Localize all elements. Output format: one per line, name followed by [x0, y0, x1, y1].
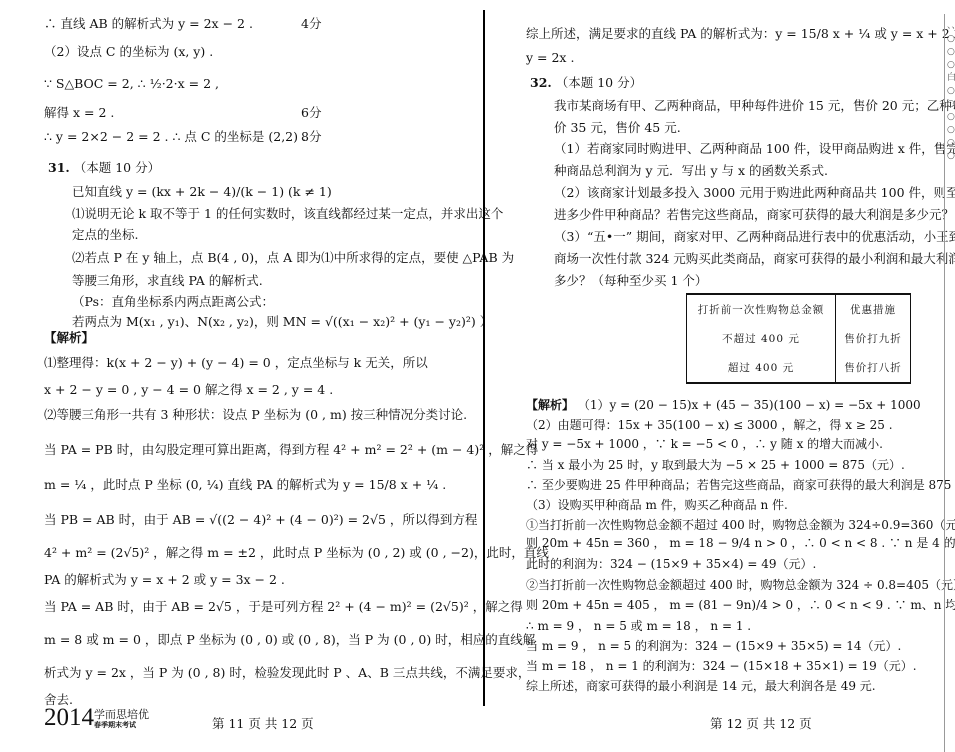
solution-line: PA 的解析式为 y = x + 2 或 y = 3x − 2 . — [44, 570, 285, 588]
table-header-row: 打折前一次性购物总金额 优惠措施 — [687, 294, 911, 324]
text-line: ∴ y = 2×2 − 2 = 2 . ∴ 点 C 的坐标是 (2,2) . — [44, 127, 306, 145]
question-line: 进多少件甲种商品？若售完这些商品，商家可获得的最大利润是多少元？ — [554, 205, 954, 223]
binding-margin-marks: 、、、、○、、、○、、、、○白○、○、、、○、、、○、、、○、、、○、、 — [947, 20, 955, 163]
distance-formula: 若两点为 M(x₁ , y₁)、N(x₂ , y₂)，则 MN = √((x₁ … — [72, 312, 492, 330]
text-line: ∴ 直线 AB 的解析式为 y = 2x − 2 . — [44, 14, 253, 32]
logo-brand: 学而思培优 — [94, 709, 149, 721]
question-part-2: ⑵若点 P 在 y 轴上，点 B(4 , 0)，点 A 即为⑴中所求得的定点，要… — [72, 248, 514, 266]
question-line: 种商品总利润为 y 元．写出 y 与 x 的函数关系式. — [554, 161, 828, 179]
question-line: 价 35 元，售价 45 元. — [554, 118, 681, 136]
question-31-header: 31. （本题 10 分） — [48, 158, 160, 176]
solution-line: m = 8 或 m = 0 ，即点 P 坐标为 (0 , 0) 或 (0 , 8… — [44, 630, 535, 648]
question-line: （3）“五•一” 期间，商家对甲、乙两种商品进行表中的优惠活动，小王到该 — [554, 227, 955, 245]
page-divider — [483, 10, 485, 706]
question-points: （本题 10 分） — [556, 75, 642, 90]
table-header: 优惠措施 — [836, 294, 911, 324]
table-row: 超过 400 元 售价打八折 — [687, 353, 911, 383]
question-line: 商场一次性付款 324 元购买此类商品，商家可获得的最小利润和最大利润各是 — [554, 249, 955, 267]
hint-heading: （Ps：直角坐标系内两点距离公式： — [72, 292, 274, 310]
text-line: ∵ S△BOC = 2, ∴ ½·2·x = 2 , — [44, 76, 219, 91]
solution-line: 当 PB = AB 时，由于 AB = √((2 − 4)² + (4 − 0)… — [44, 510, 477, 528]
question-32-header: 32. （本题 10 分） — [530, 73, 642, 91]
question-line: 我市某商场有甲、乙两种商品，甲种每件进价 15 元，售价 20 元；乙种每件进 — [554, 96, 955, 114]
question-line: （2）该商家计划最多投入 3000 元用于购进此两种商品共 100 件，则至少要… — [554, 183, 955, 201]
score-label: 8分 — [301, 127, 321, 145]
table-cell: 售价打八折 — [836, 353, 911, 383]
question-line: 多少？（每种至少买 1 个） — [554, 271, 707, 289]
question-part-1-cont: 定点的坐标. — [72, 225, 138, 243]
question-line: （1）若商家同时购进甲、乙两种商品 100 件，设甲商品购进 x 件，售完此两 — [554, 139, 955, 157]
table-header: 打折前一次性购物总金额 — [687, 294, 836, 324]
table-row: 不超过 400 元 售价打九折 — [687, 324, 911, 353]
question-number: 31. — [48, 160, 70, 175]
text-line: （2）设点 C 的坐标为 (x, y) . — [44, 42, 213, 60]
table-cell: 售价打九折 — [836, 324, 911, 353]
discount-table: 打折前一次性购物总金额 优惠措施 不超过 400 元 售价打九折 超过 400 … — [686, 293, 911, 384]
solution-line: m = ¼ ，此时点 P 坐标 (0, ¼) 直线 PA 的解析式为 y = 1… — [44, 475, 446, 493]
solution-line: ⑵等腰三角形一共有 3 种形状：设点 P 坐标为 (0 , m) 按三种情况分类… — [44, 405, 467, 423]
question-stem: 已知直线 y = (kx + 2k − 4)/(k − 1) (k ≠ 1) — [72, 182, 332, 200]
question-part-1: ⑴说明无论 k 取不等于 1 的任何实数时，该直线都经过某一定点，并求出这个 — [72, 204, 503, 222]
score-label: 4分 — [301, 14, 321, 32]
logo-subtitle: 春季期末考试 — [94, 721, 149, 730]
solution-heading: 【解析】 — [44, 328, 94, 346]
text-line: 解得 x = 2 . — [44, 103, 114, 121]
summary-line: y = 2x . — [526, 50, 574, 65]
binding-line — [944, 14, 945, 752]
score-label: 6分 — [301, 103, 321, 121]
solution-line: ⑴整理得：k(x + 2 − y) + (y − 4) = 0 ，定点坐标与 k… — [44, 353, 428, 371]
table-cell: 超过 400 元 — [687, 353, 836, 383]
solution-line: 当 PA = PB 时，由勾股定理可算出距离，得到方程 4² + m² = 2²… — [44, 440, 538, 458]
page-number: 第 11 页 共 12 页 — [212, 714, 314, 732]
question-part-2-cont: 等腰三角形，求直线 PA 的解析式. — [72, 271, 263, 289]
table-cell: 不超过 400 元 — [687, 324, 836, 353]
solution-line: x + 2 − y = 0 , y − 4 = 0 解之得 x = 2 , y … — [44, 380, 333, 398]
solution-line: 析式为 y = 2x ，当 P 为 (0 , 8) 时，检验发现此时 P 、A、… — [44, 663, 530, 681]
logo-year: 2014 — [44, 705, 94, 730]
solution-line: 当 PA = AB 时，由于 AB = 2√5 ，于是可列方程 2² + (4 … — [44, 597, 523, 615]
question-points: （本题 10 分） — [74, 160, 160, 175]
page-11: ∴ 直线 AB 的解析式为 y = 2x − 2 . 4分 （2）设点 C 的坐… — [0, 0, 484, 752]
question-number: 32. — [530, 75, 552, 90]
solution-line: 4² + m² = (2√5)² ，解之得 m = ±2 ，此时点 P 坐标为 … — [44, 543, 549, 561]
summary-line: 综上所述，满足要求的直线 PA 的解析式为：y = 15/8 x + ¼ 或 y… — [526, 24, 955, 42]
exam-logo: 2014 学而思培优 春季期末考试 — [44, 705, 149, 730]
logo-text: 学而思培优 春季期末考试 — [94, 709, 149, 730]
